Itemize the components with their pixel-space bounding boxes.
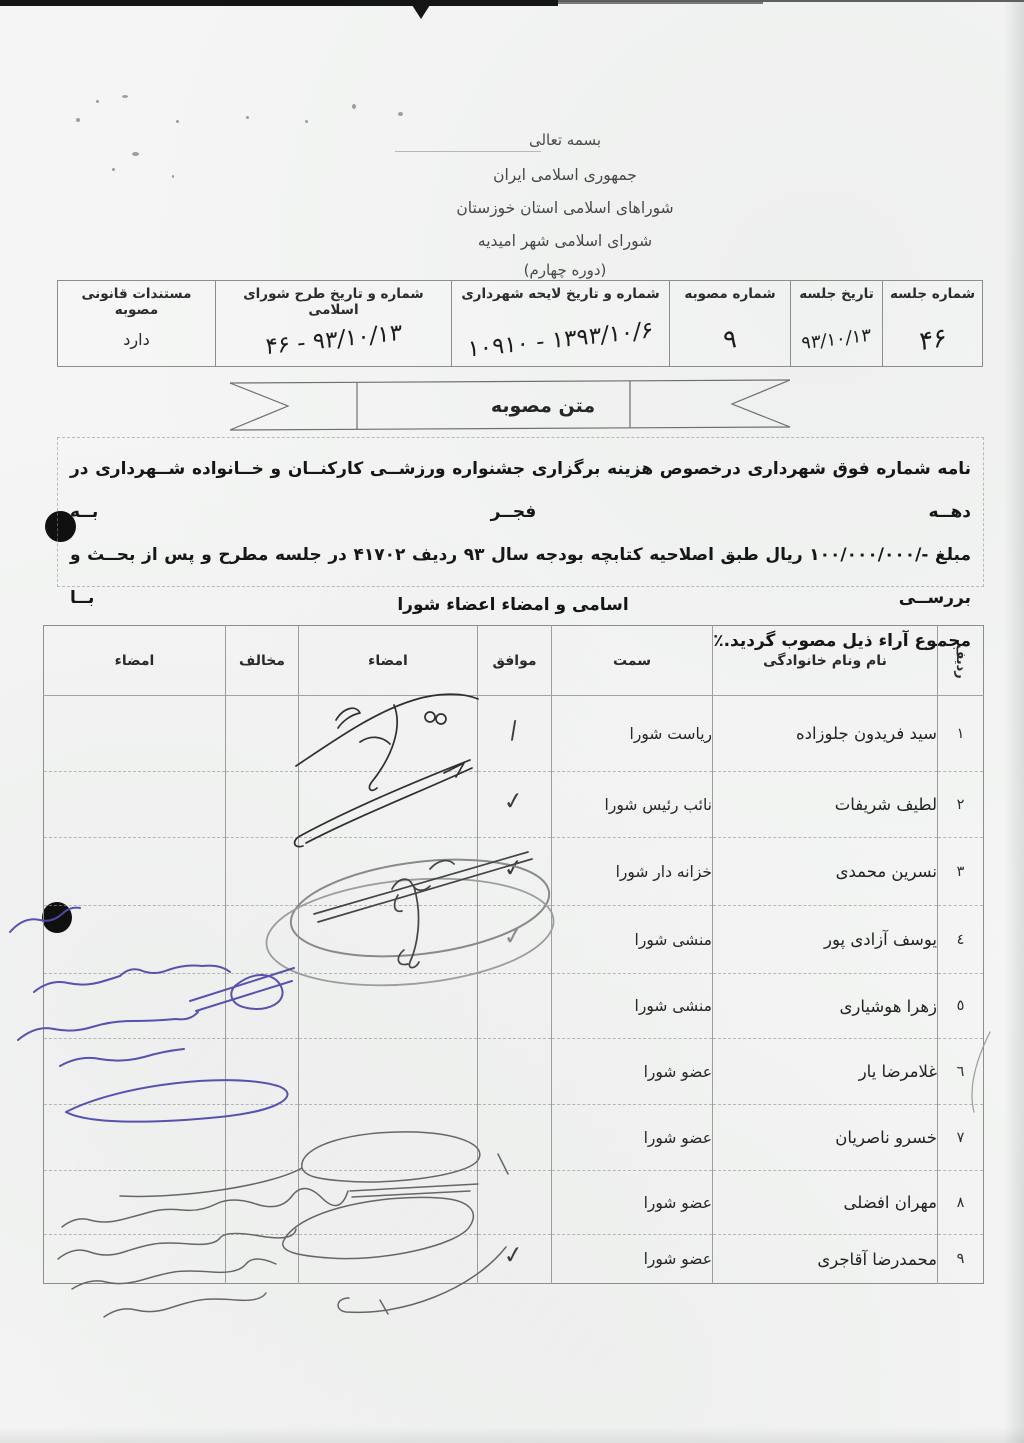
member-position: عضو شورا xyxy=(552,1171,713,1235)
signature-cell xyxy=(299,772,478,838)
resolution-text-box: نامه شماره فوق شهرداری درخصوص هزینه برگز… xyxy=(57,437,984,587)
agree-cell: / xyxy=(478,696,552,772)
handwritten-value: ۴۶ xyxy=(918,322,947,357)
divider-line xyxy=(395,151,541,152)
signature2-cell xyxy=(44,1105,226,1171)
signature-cell xyxy=(299,838,478,906)
member-name: زهرا هوشیاری xyxy=(713,974,938,1039)
col-header-agree: موافق xyxy=(478,626,552,696)
row-no: ۳ xyxy=(938,838,984,906)
pencil-speck xyxy=(76,118,80,122)
scan-bottom-shadow xyxy=(0,1427,1024,1443)
row-no: ۹ xyxy=(938,1235,984,1284)
member-position: منشی شورا xyxy=(552,906,713,974)
info-col-session-no: شماره جلسه ۴۶ xyxy=(882,281,982,366)
members-section-title: اسامی و امضاء اعضاء شورا xyxy=(43,595,983,615)
member-row: ۱ سید فریدون جلوزاده ریاست شورا / xyxy=(44,696,984,772)
pencil-speck xyxy=(352,104,356,109)
scan-top-notch xyxy=(412,5,430,19)
member-name: نسرین محمدی xyxy=(713,838,938,906)
member-position: عضو شورا xyxy=(552,1039,713,1105)
oppose-cell xyxy=(226,1039,299,1105)
member-row: ۲ لطیف شریفات نائب رئیس شورا ✓ xyxy=(44,772,984,838)
row-no: ٥ xyxy=(938,974,984,1039)
member-position: عضو شورا xyxy=(552,1105,713,1171)
agree-cell: ✓ xyxy=(478,838,552,906)
header-provincial-councils: شوراهای اسلامی استان خوزستان xyxy=(105,199,1024,217)
info-label: شماره و تاریخ لایحه شهرداری xyxy=(452,281,669,313)
member-row: ۹ محمدرضا آقاجری عضو شورا ✓ xyxy=(44,1235,984,1284)
member-position: نائب رئیس شورا xyxy=(552,772,713,838)
signature2-cell xyxy=(44,1171,226,1235)
signature2-cell xyxy=(44,1235,226,1284)
info-col-legal-docs: مستندات قانونی مصوبه دارد xyxy=(58,281,215,366)
pencil-speck xyxy=(398,112,403,116)
info-label: شماره مصوبه xyxy=(670,281,790,313)
info-col-bill-no-date: شماره و تاریخ لایحه شهرداری ۱۳۹۳/۱۰/۶ - … xyxy=(451,281,669,366)
agree-cell xyxy=(478,1105,552,1171)
signature-cell xyxy=(299,1039,478,1105)
header-period: (دوره چهارم) xyxy=(105,261,1024,279)
member-name: یوسف آزادی پور xyxy=(713,906,938,974)
resolution-line-1: نامه شماره فوق شهرداری درخصوص هزینه برگز… xyxy=(70,448,971,534)
info-label: شماره و تاریخ طرح شورای اسلامی xyxy=(216,281,451,313)
signature-cell xyxy=(299,974,478,1039)
pencil-speck xyxy=(96,100,99,103)
agree-cell: ✓ xyxy=(478,1235,552,1284)
agree-checkmark: ✓ xyxy=(502,920,526,951)
oppose-cell xyxy=(226,1105,299,1171)
handwritten-value: ۹ xyxy=(723,323,738,356)
agree-cell xyxy=(478,1039,552,1105)
info-label: تاریخ جلسه xyxy=(791,281,882,313)
signature2-cell xyxy=(44,838,226,906)
signature-cell xyxy=(299,906,478,974)
agree-cell xyxy=(478,1171,552,1235)
member-name: محمدرضا آقاجری xyxy=(713,1235,938,1284)
member-row: ۷ خسرو ناصریان عضو شورا xyxy=(44,1105,984,1171)
member-row: ٥ زهرا هوشیاری منشی شورا xyxy=(44,974,984,1039)
info-col-resolution-no: شماره مصوبه ۹ xyxy=(669,281,790,366)
agree-cell xyxy=(478,974,552,1039)
banner-title: متن مصوبه xyxy=(491,395,595,417)
agree-checkmark: ✓ xyxy=(502,785,526,816)
signature2-cell xyxy=(44,1039,226,1105)
handwritten-value: ۹۳/۱۰/۱۳ - ۴۶ xyxy=(265,319,402,359)
pencil-speck xyxy=(132,152,139,156)
member-row: ۸ مهران افضلی عضو شورا xyxy=(44,1171,984,1235)
members-header-row: ردیف نام ونام خانوادگی سمت موافق امضاء م… xyxy=(44,626,984,696)
handwritten-value: ۱۳۹۳/۱۰/۶ - ۱۰۹۱۰ xyxy=(468,317,654,363)
member-position: عضو شورا xyxy=(552,1235,713,1284)
pencil-speck xyxy=(122,95,128,98)
scan-top-gray-strip xyxy=(558,1,763,4)
member-name: خسرو ناصریان xyxy=(713,1105,938,1171)
info-col-session-date: تاریخ جلسه ۹۳/۱۰/۱۳ xyxy=(790,281,882,366)
member-name: مهران افضلی xyxy=(713,1171,938,1235)
member-row: ۳ نسرین محمدی خزانه دار شورا ✓ xyxy=(44,838,984,906)
header-country: جمهوری اسلامی ایران xyxy=(105,166,1024,184)
pencil-speck xyxy=(305,120,308,123)
info-col-plan-no-date: شماره و تاریخ طرح شورای اسلامی ۹۳/۱۰/۱۳ … xyxy=(215,281,451,366)
member-position: خزانه دار شورا xyxy=(552,838,713,906)
members-table: ردیف نام ونام خانوادگی سمت موافق امضاء م… xyxy=(43,625,984,1284)
signature-cell xyxy=(299,1105,478,1171)
col-header-signature2: امضاء xyxy=(44,626,226,696)
member-row: ٦ غلامرضا یار عضو شورا xyxy=(44,1039,984,1105)
pencil-speck xyxy=(246,116,249,119)
row-no: ٦ xyxy=(938,1039,984,1105)
col-header-name: نام ونام خانوادگی xyxy=(713,626,938,696)
oppose-cell xyxy=(226,772,299,838)
member-position: ریاست شورا xyxy=(552,696,713,772)
oppose-cell xyxy=(226,838,299,906)
agree-cell: ✓ xyxy=(478,772,552,838)
handwritten-value: ۹۳/۱۰/۱۳ xyxy=(802,325,872,355)
signature-cell xyxy=(299,1235,478,1284)
agree-cell: ✓ xyxy=(478,906,552,974)
oppose-cell xyxy=(226,696,299,772)
agree-checkmark: ✓ xyxy=(502,852,526,883)
member-row: ٤ یوسف آزادی پور منشی شورا ✓ xyxy=(44,906,984,974)
scan-top-black-strip xyxy=(0,0,558,6)
signature2-cell xyxy=(44,772,226,838)
row-no: ۱ xyxy=(938,696,984,772)
bismillah: بسمه تعالی xyxy=(105,131,1024,149)
signature2-cell xyxy=(44,696,226,772)
col-header-row-no: ردیف xyxy=(938,626,984,696)
oppose-cell xyxy=(226,974,299,1039)
scanned-document-page: بسمه تعالی جمهوری اسلامی ایران شوراهای ا… xyxy=(0,0,1024,1443)
oppose-cell xyxy=(226,1235,299,1284)
col-header-oppose: مخالف xyxy=(226,626,299,696)
member-name: لطیف شریفات xyxy=(713,772,938,838)
pencil-speck xyxy=(176,120,179,123)
row-no: ۷ xyxy=(938,1105,984,1171)
oppose-cell xyxy=(226,906,299,974)
header-city-council: شورای اسلامی شهر امیدیه xyxy=(105,232,1024,250)
col-header-signature: امضاء xyxy=(299,626,478,696)
signature2-cell xyxy=(44,906,226,974)
info-label: مستندات قانونی مصوبه xyxy=(58,281,215,313)
signature-cell xyxy=(299,1171,478,1235)
row-no: ۲ xyxy=(938,772,984,838)
info-label: شماره جلسه xyxy=(883,281,982,313)
resolution-banner: متن مصوبه xyxy=(230,373,790,435)
signature2-cell xyxy=(44,974,226,1039)
member-position: منشی شورا xyxy=(552,974,713,1039)
row-no: ٤ xyxy=(938,906,984,974)
member-name: غلامرضا یار xyxy=(713,1039,938,1105)
printed-value: دارد xyxy=(58,313,215,366)
agree-checkmark: / xyxy=(508,715,520,744)
member-name: سید فریدون جلوزاده xyxy=(713,696,938,772)
row-no: ۸ xyxy=(938,1171,984,1235)
col-header-position: سمت xyxy=(552,626,713,696)
agree-checkmark: ✓ xyxy=(502,1240,526,1271)
oppose-cell xyxy=(226,1171,299,1235)
session-info-table: شماره جلسه ۴۶ تاریخ جلسه ۹۳/۱۰/۱۳ شماره … xyxy=(57,280,983,367)
signature-cell xyxy=(299,696,478,772)
